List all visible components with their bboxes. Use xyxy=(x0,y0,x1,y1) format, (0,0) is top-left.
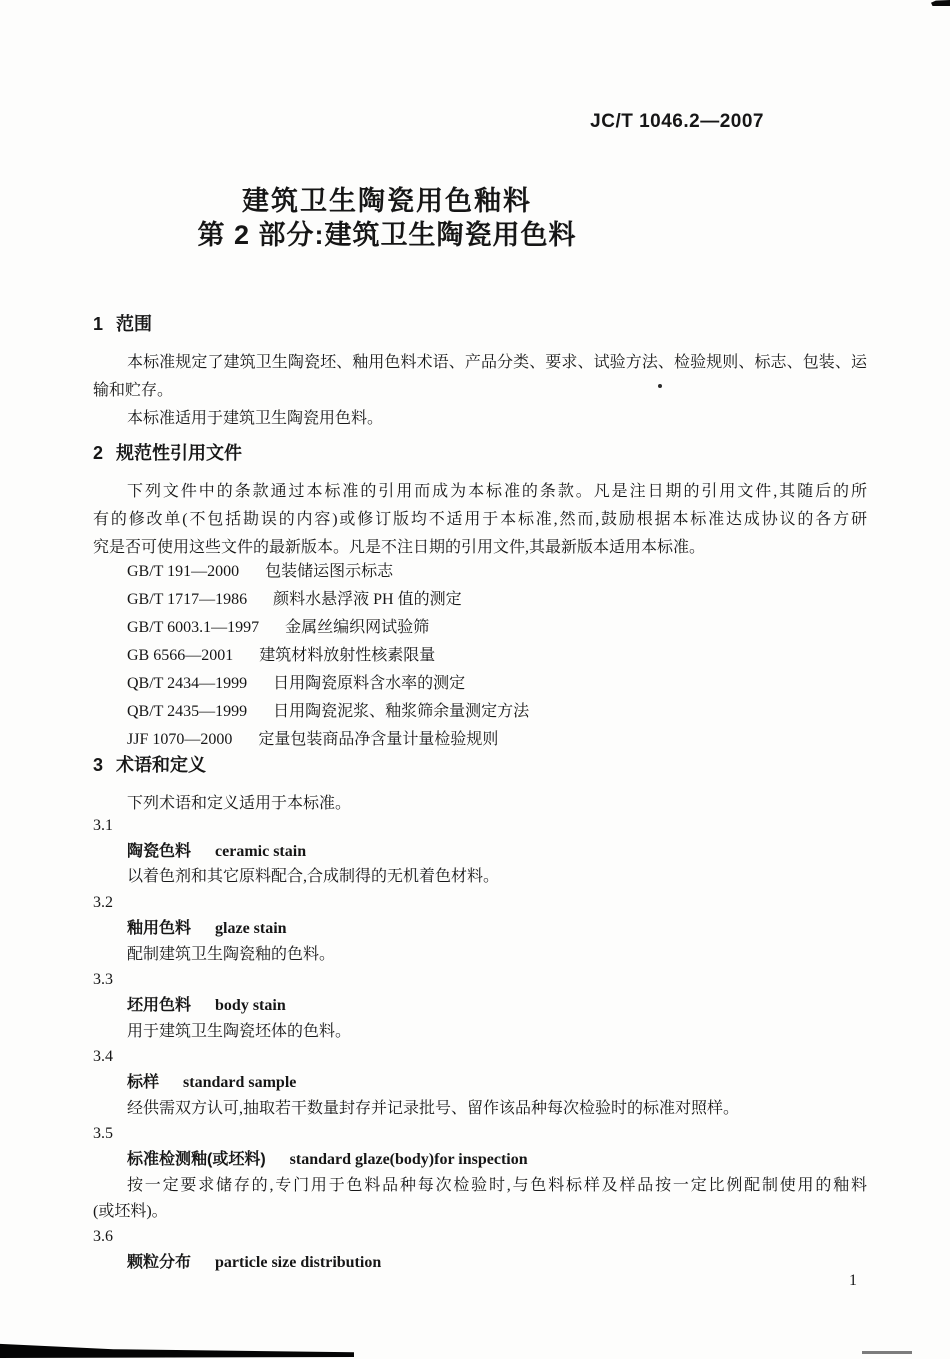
reference-item: GB 6566—2001建筑材料放射性核素限量 xyxy=(93,642,867,670)
reference-code: GB/T 191—2000 xyxy=(127,563,239,580)
reference-item: GB/T 1717—1986颜料水悬浮液 PH 值的测定 xyxy=(93,586,867,614)
term-definition: 配制建筑卫生陶瓷釉的色料。 xyxy=(93,942,867,968)
terms-list: 3.1 陶瓷色料ceramic stain 以着色剂和其它原料配合,合成制得的无… xyxy=(93,813,867,1276)
reference-title: 日用陶瓷原料含水率的测定 xyxy=(273,675,465,692)
scan-artifact-top-right xyxy=(931,0,950,6)
term-zh: 陶瓷色料 xyxy=(127,843,191,860)
section-1-title: 范围 xyxy=(116,314,152,334)
term-number: 3.2 xyxy=(93,890,867,916)
reference-item: QB/T 2434—1999日用陶瓷原料含水率的测定 xyxy=(93,670,867,698)
scope-paragraph-line: 本标准适用于建筑卫生陶瓷用色料。 xyxy=(93,405,867,433)
section-1-heading: 1范围 xyxy=(93,312,867,336)
section-2-title: 规范性引用文件 xyxy=(116,443,242,463)
scan-artifact-dot xyxy=(658,384,662,388)
reference-code: QB/T 2435—1999 xyxy=(127,703,247,720)
term-line: 釉用色料glaze stain xyxy=(93,916,867,942)
reference-code: GB/T 1717—1986 xyxy=(127,591,247,608)
term-line: 颗粒分布particle size distribution xyxy=(93,1250,867,1276)
scanned-standard-page: JC/T 1046.2—2007 建筑卫生陶瓷用色釉料 第 2 部分:建筑卫生陶… xyxy=(0,0,950,1359)
term-definition: 按一定要求储存的,专门用于色料品种每次检验时,与色料标样及样品按一定比例配制使用… xyxy=(93,1173,867,1199)
term-definition: 以着色剂和其它原料配合,合成制得的无机着色材料。 xyxy=(93,864,867,890)
term-en: glaze stain xyxy=(215,920,287,937)
reference-title: 包装储运图示标志 xyxy=(265,563,393,580)
reference-code: GB/T 6003.1—1997 xyxy=(127,619,259,636)
scan-artifact-bottom-right-line xyxy=(862,1351,912,1354)
page-number: 1 xyxy=(849,1272,857,1290)
term-number: 3.5 xyxy=(93,1121,867,1147)
section-2-body: 下列文件中的条款通过本标准的引用而成为本标准的条款。凡是注日期的引用文件,其随后… xyxy=(93,478,867,562)
term-en: standard glaze(body)for inspection xyxy=(290,1151,528,1168)
term-en: body stain xyxy=(215,997,286,1014)
term-zh: 颗粒分布 xyxy=(127,1254,191,1271)
reference-item: JJF 1070—2000定量包装商品净含量计量检验规则 xyxy=(93,726,867,754)
reference-title: 建筑材料放射性核素限量 xyxy=(259,647,435,664)
term-en: ceramic stain xyxy=(215,843,306,860)
term-line: 陶瓷色料ceramic stain xyxy=(93,839,867,865)
section-3-heading: 3术语和定义 xyxy=(93,753,867,777)
reference-code: JJF 1070—2000 xyxy=(127,731,232,748)
term-definition-continuation: (或坯料)。 xyxy=(93,1199,867,1225)
scope-paragraph-line: 本标准规定了建筑卫生陶瓷坯、釉用色料术语、产品分类、要求、试验方法、检验规则、标… xyxy=(93,349,867,377)
reference-item: GB/T 6003.1—1997金属丝编织网试验筛 xyxy=(93,614,867,642)
reference-list: GB/T 191—2000包装储运图示标志 GB/T 1717—1986颜料水悬… xyxy=(93,558,867,754)
term-line: 标准检测釉(或坯料)standard glaze(body)for inspec… xyxy=(93,1147,867,1173)
term-number: 3.4 xyxy=(93,1044,867,1070)
refs-paragraph-line: 有的修改单(不包括勘误的内容)或修订版均不适用于本标准,然而,鼓励根据本标准达成… xyxy=(93,506,867,534)
term-zh: 标样 xyxy=(127,1074,159,1091)
reference-code: QB/T 2434—1999 xyxy=(127,675,247,692)
term-en: standard sample xyxy=(183,1074,296,1091)
term-definition: 经供需双方认可,抽取若干数量封存并记录批号、留作该品种每次检验时的标准对照样。 xyxy=(93,1096,867,1122)
reference-code: GB 6566—2001 xyxy=(127,647,233,664)
term-zh: 釉用色料 xyxy=(127,920,191,937)
scope-paragraph-line: 输和贮存。 xyxy=(93,377,867,405)
section-2-number: 2 xyxy=(93,443,103,463)
term-line: 标样standard sample xyxy=(93,1070,867,1096)
term-zh: 坯用色料 xyxy=(127,997,191,1014)
term-number: 3.1 xyxy=(93,813,867,839)
reference-item: QB/T 2435—1999日用陶瓷泥浆、釉浆筛余量测定方法 xyxy=(93,698,867,726)
reference-title: 颜料水悬浮液 PH 值的测定 xyxy=(273,591,461,608)
section-1-number: 1 xyxy=(93,314,103,334)
term-line: 坯用色料body stain xyxy=(93,993,867,1019)
term-number: 3.3 xyxy=(93,967,867,993)
title-line-2: 第 2 部分:建筑卫生陶瓷用色料 xyxy=(0,218,774,252)
term-number: 3.6 xyxy=(93,1224,867,1250)
section-3-title: 术语和定义 xyxy=(116,755,206,775)
reference-title: 定量包装商品净含量计量检验规则 xyxy=(258,731,498,748)
title-line-1: 建筑卫生陶瓷用色釉料 xyxy=(0,184,774,218)
term-zh: 标准检测釉(或坯料) xyxy=(127,1151,266,1168)
section-1-body: 本标准规定了建筑卫生陶瓷坯、釉用色料术语、产品分类、要求、试验方法、检验规则、标… xyxy=(93,349,867,433)
scan-artifact-bottom-wedge xyxy=(0,1342,354,1358)
reference-title: 日用陶瓷泥浆、釉浆筛余量测定方法 xyxy=(273,703,529,720)
section-3-number: 3 xyxy=(93,755,103,775)
term-en: particle size distribution xyxy=(215,1254,381,1271)
document-title: 建筑卫生陶瓷用色釉料 第 2 部分:建筑卫生陶瓷用色料 xyxy=(0,184,774,252)
section-2-heading: 2规范性引用文件 xyxy=(93,441,867,465)
reference-title: 金属丝编织网试验筛 xyxy=(285,619,429,636)
refs-paragraph-line: 下列文件中的条款通过本标准的引用而成为本标准的条款。凡是注日期的引用文件,其随后… xyxy=(93,478,867,506)
reference-item: GB/T 191—2000包装储运图示标志 xyxy=(93,558,867,586)
term-definition: 用于建筑卫生陶瓷坯体的色料。 xyxy=(93,1019,867,1045)
doc-code: JC/T 1046.2—2007 xyxy=(0,110,774,134)
